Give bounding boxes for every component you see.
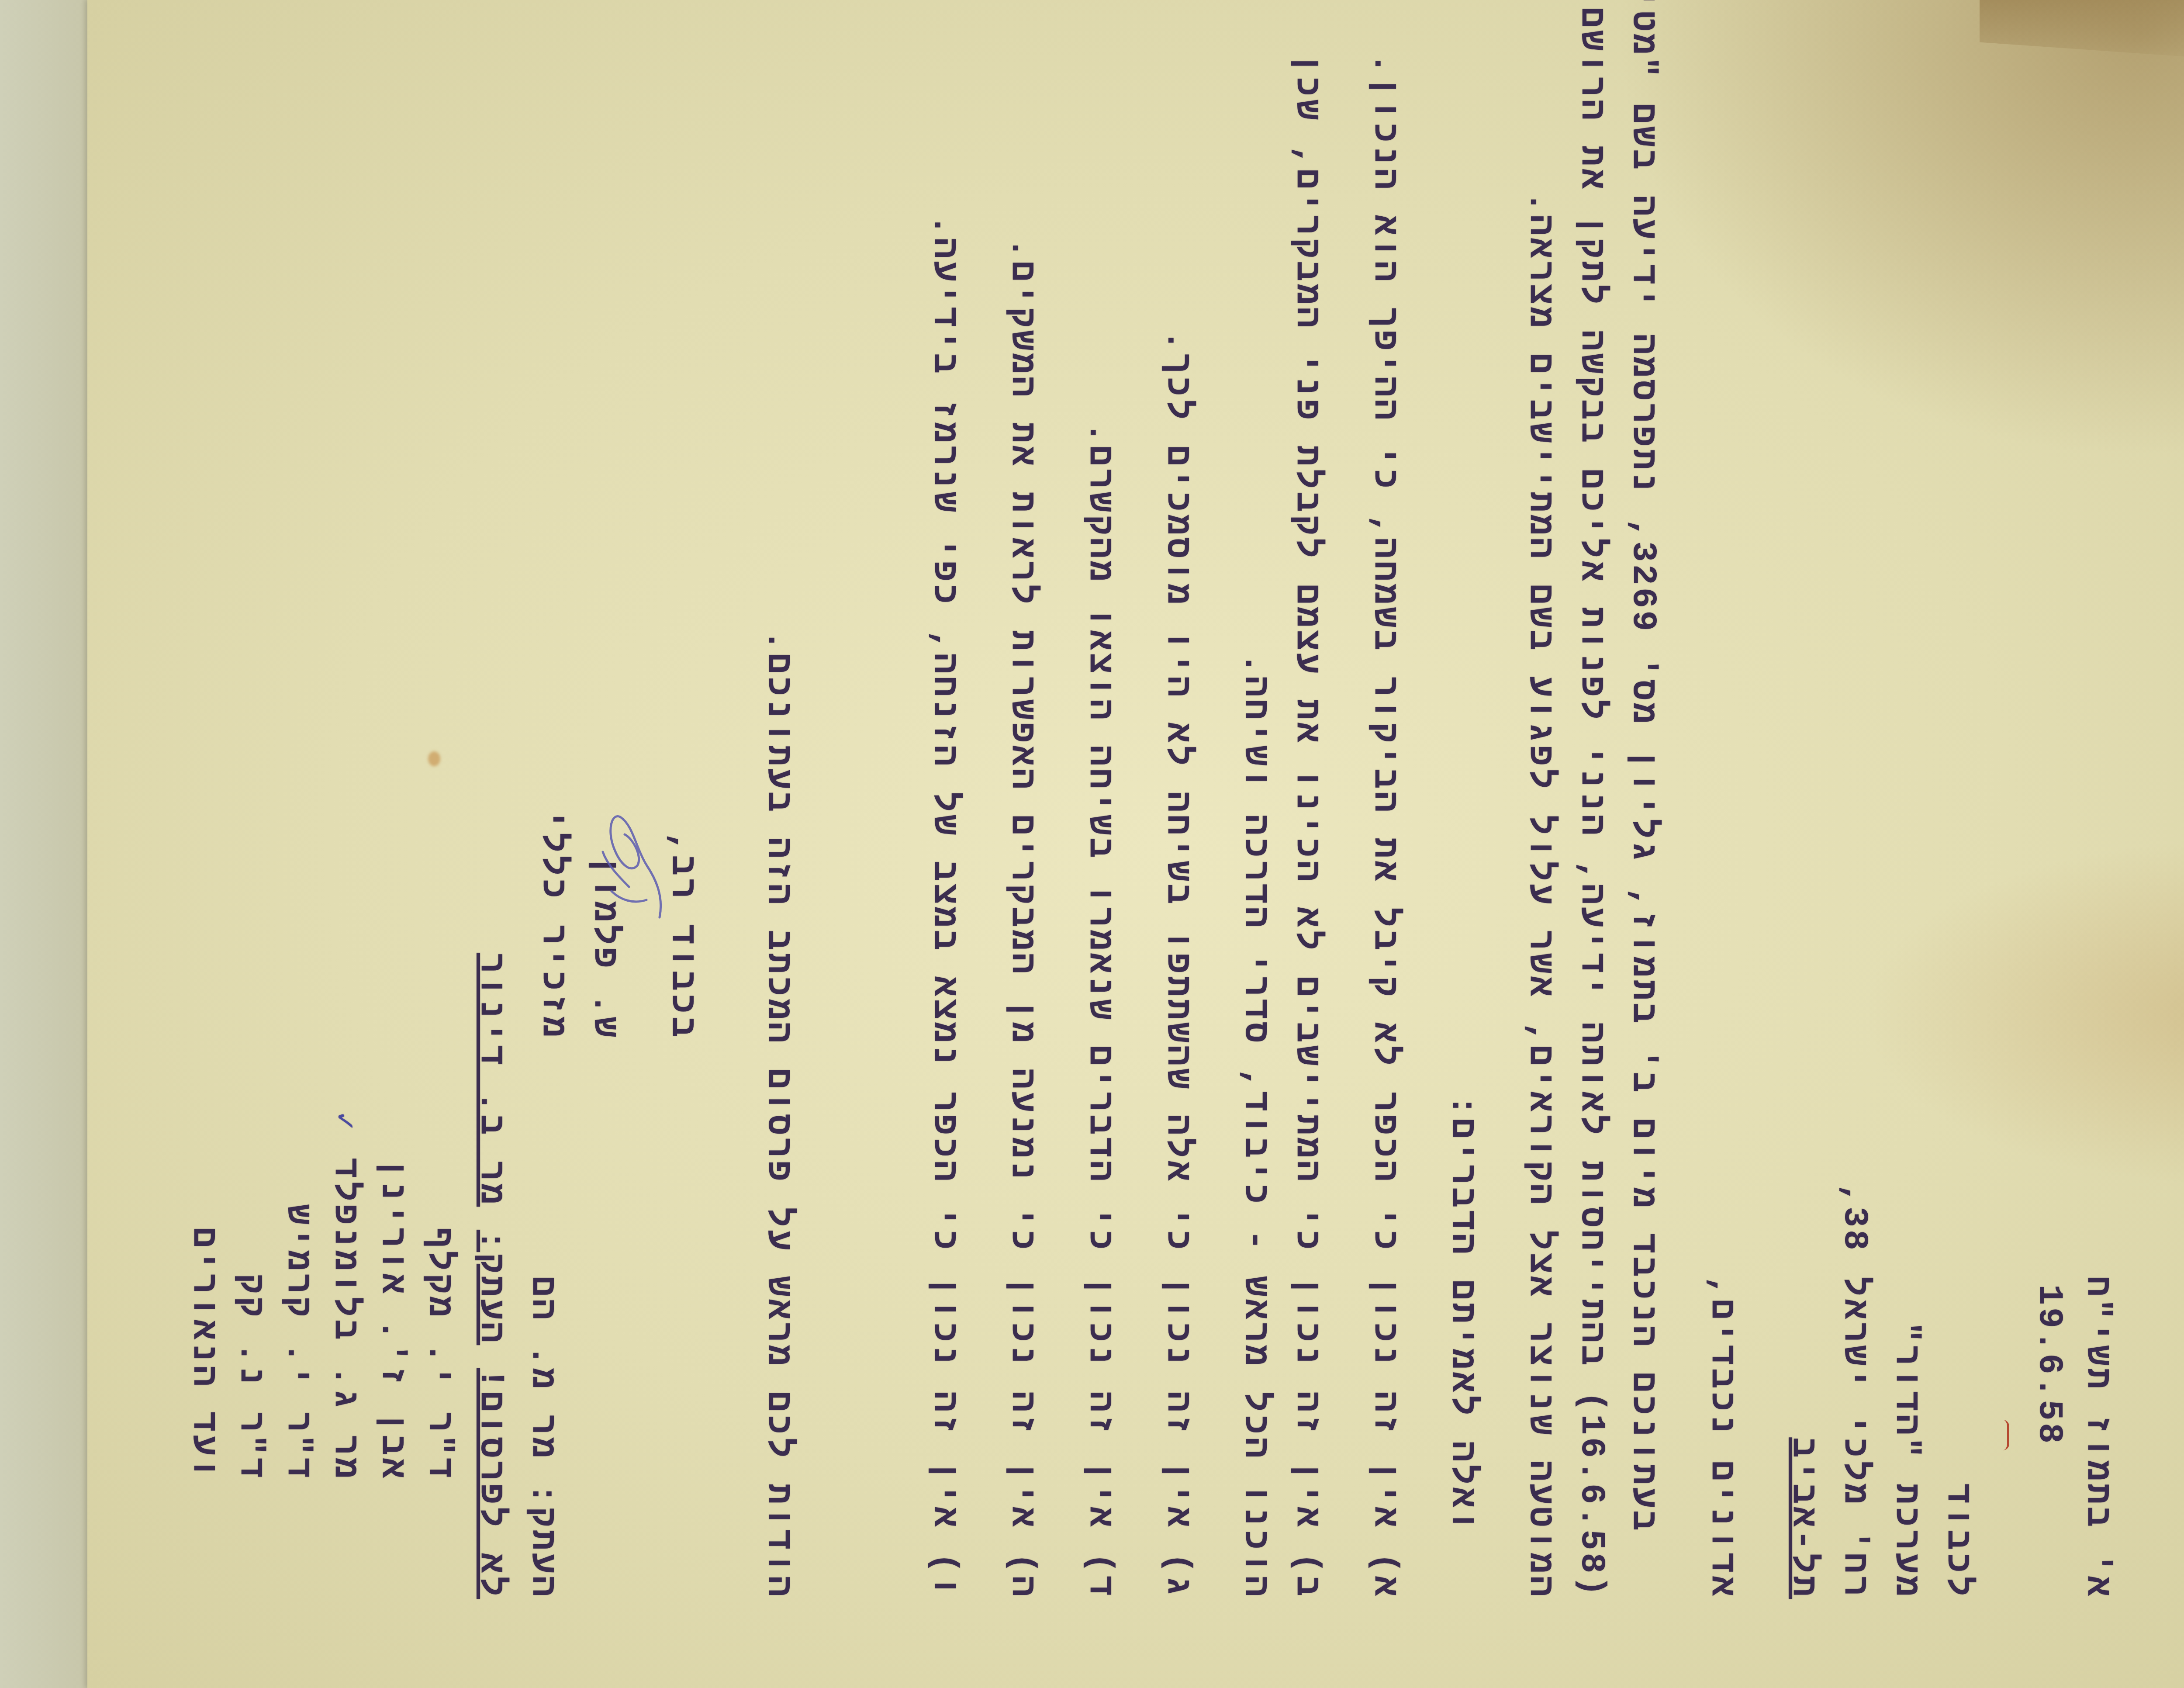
recipient-name: מערכת "הדור" — [1880, 1183, 1932, 1599]
copy-recipient: ד"ר נ. קק — [229, 953, 276, 1599]
restricted-label: לא לפרסום! — [471, 1368, 510, 1599]
fact-item-b-cont: הוכנו הכל מראש - כיבוד, סדרי הדרכה ושיחה… — [1229, 201, 1281, 1599]
fact-item-c: ג) אין זה נכון כי אלה שהשתתפו בשיחה לא ה… — [1151, 201, 1203, 1599]
copy-primary: העתק: מר מ. הם — [516, 953, 568, 1599]
red-pencil-mark — [2003, 1420, 2009, 1450]
copy-recipient: אבן ז'. אורינן — [370, 953, 418, 1599]
restricted-prefix: העתק: — [471, 1230, 510, 1345]
recipient-city: תל-אביב — [1777, 1183, 1828, 1599]
fact-item-d: ד) אין זה נכון כי הדברים שנאמרו בשיחה הו… — [1074, 201, 1125, 1599]
fact-item-f: ו) אין זה נכון כי הכפר נמצא במצב של הזנח… — [918, 201, 970, 1599]
hebrew-date: א' בתמוז תשי"ח — [2071, 1276, 2123, 1599]
copy-recipient: מר ג. בלומנפלד ✓ — [323, 953, 370, 1599]
body-line: המוטעה שנוצר אצל הקוראים, אשר עלול לפגוע… — [1514, 201, 1565, 1599]
recipient-address: לכבוד מערכת "הדור" רח' מלכי ישראל 38, תל… — [1777, 1183, 1983, 1599]
copy-recipient: ד"ר י. מקלף — [418, 953, 465, 1599]
facts-intro: ואלה לאמיתם הדברים: — [1436, 201, 1488, 1599]
copy-recipient: ד"ר י. קרמיש — [276, 953, 323, 1599]
table-surface — [0, 0, 100, 1688]
copy-recipient: ועד הנאורים — [182, 953, 229, 1599]
fact-item-e: ה) אין זה נכון כי נמנעה מן המבקרים האפשר… — [996, 201, 1047, 1599]
fact-item-b: ב) אין זה נכון כי המתיישבים לא הכינו את … — [1281, 201, 1332, 1599]
recipient-street: רח' מלכי ישראל 38, — [1828, 1183, 1880, 1599]
recipient-to-label: לכבוד — [1932, 1183, 1983, 1599]
handwritten-signature-icon — [598, 799, 673, 930]
copy-recipient-first: מר ב. דינור — [471, 953, 510, 1207]
check-mark-icon: ✓ — [329, 1110, 360, 1135]
body-line: (16.6.58) בהתייחסות לאותה ידיעה, הנני לפ… — [1565, 201, 1617, 1599]
closing-line: הודות לכם מראש על פרסום המכתב הזה בעתונכ… — [752, 630, 804, 1599]
letter-content: א' בתמוז תשי"ח 19.6.58 לכבוד מערכת "הדור… — [262, 166, 2140, 1651]
salutation: אדונים נכבדים, — [1696, 1276, 1747, 1599]
curled-corner — [1980, 0, 2184, 61]
body-line: בעתונכם הנכבד מיום ב' בתמוז, גליון מס' 3… — [1617, 201, 1669, 1599]
copy-restricted-header: לא לפרסום! העתק: מר ב. דינור — [465, 953, 516, 1599]
letter-date: 19.6.58 — [2023, 1284, 2075, 1446]
fact-item-a: א) אין זה נכון כי הכפר לא קיבל את הביקור… — [1358, 201, 1410, 1599]
letter-body: בעתונכם הנכבד מיום ב' בתמוז, גליון מס' 3… — [918, 201, 1669, 1599]
copies-list: העתק: מר מ. הם לא לפרסום! העתק: מר ב. די… — [182, 953, 568, 1599]
